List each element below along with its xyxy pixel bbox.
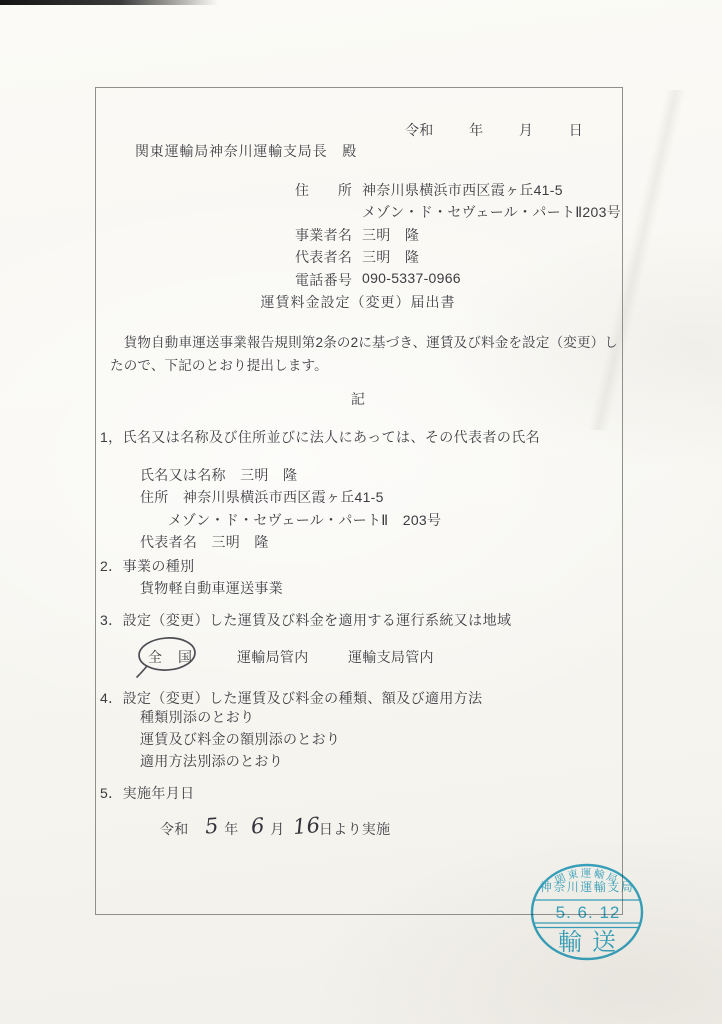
era-label: 令和 [405,120,434,140]
year-label: 年 [469,120,483,140]
selection-circle-national [134,633,200,679]
item1-name-line: 氏名又は名称 三明 隆 [140,464,441,486]
item4-heading: 4．設定（変更）した運賃及び料金の種類、額及び適用方法 [100,688,483,708]
item2-value: 貨物軽自動車運送事業 [140,578,283,598]
stamp-region-line2: 神奈川運輸支局 [540,879,635,894]
representative-name: 三明 隆 [362,247,419,269]
body-paragraph-line2: たので、下記のとおり提出します。 [110,354,328,374]
sender-address-row: 住 所 神奈川県横浜市西区霞ヶ丘41-5 [295,180,621,202]
option-branch-area: 運輸支局管内 [348,647,434,667]
address-label-blank [295,202,352,224]
scanner-edge-artifact [0,0,218,5]
scanned-document-page: 令和 年 月 日 関東運輸局神奈川運輸支局長 殿 住 所 神奈川県横浜市西区霞ヶ… [0,0,722,1024]
handwritten-month: 6 [250,815,265,837]
document-title: 運賃料金設定（変更）届出書 [95,292,621,312]
item4-line1: 種類別添のとおり [140,707,254,727]
handwritten-day: 16 [292,815,321,838]
sender-address-row2: メゾン・ド・セヴェール・パートⅡ203号 [295,202,621,224]
item3-heading: 3．設定（変更）した運賃及び料金を適用する運行系統又は地域 [100,610,511,630]
item4-line2: 運賃及び料金の額別添のとおり [140,729,340,749]
item5-heading: 5．実施年月日 [100,783,195,803]
sender-operator-row: 事業者名 三明 隆 [295,225,621,247]
sender-block: 住 所 神奈川県横浜市西区霞ヶ丘41-5 メゾン・ド・セヴェール・パートⅡ203… [295,180,621,292]
note-mark: 記 [95,389,621,409]
item2-heading: 2．事業の種別 [100,556,195,576]
address-value-line1: 神奈川県横浜市西区霞ヶ丘41-5 [362,180,563,202]
body-paragraph-line1: 貨物自動車運送事業報告規則第2条の2に基づき、運賃及び料金を設定（変更）し [110,331,618,351]
item4-line3: 適用方法別添のとおり [140,751,283,771]
representative-label: 代表者名 [295,247,352,269]
sender-representative-row: 代表者名 三明 隆 [295,247,621,269]
implementation-date-line: 令和 5 年 6 月 16 日より実施 [160,817,390,839]
item5-month-label: 月 [270,819,284,839]
transport-bureau-stamp: 関東運輸局 神奈川運輸支局 5. 6. 12 輸送 [525,860,649,964]
address-value-line2: メゾン・ド・セヴェール・パートⅡ203号 [362,202,621,224]
item1-representative-line: 代表者名 三明 隆 [140,531,441,553]
stamp-date: 5. 6. 12 [556,903,621,922]
stamp-office: 輸送 [558,929,626,956]
sender-phone-row: 電話番号 090-5337-0966 [295,270,621,292]
option-bureau-area: 運輸局管内 [237,647,309,667]
recipient-line: 関東運輸局神奈川運輸支局長 殿 [135,141,357,161]
phone-number: 090-5337-0966 [362,270,461,292]
phone-label: 電話番号 [295,270,352,292]
item5-suffix: 日より実施 [319,819,391,839]
day-label: 日 [569,120,583,140]
item1-address-line2: メゾン・ド・セヴェール・パートⅡ 203号 [140,509,441,531]
item5-era: 令和 [160,819,189,839]
item1-address-line1: 住所 神奈川県横浜市西区霞ヶ丘41-5 [140,486,441,508]
item1-details: 氏名又は名称 三明 隆 住所 神奈川県横浜市西区霞ヶ丘41-5 メゾン・ド・セヴ… [140,464,441,554]
address-label: 住 所 [295,180,352,202]
month-label: 月 [519,120,533,140]
item5-year-label: 年 [224,819,238,839]
operator-name: 三明 隆 [362,225,419,247]
handwritten-year: 5 [204,815,219,837]
item1-heading: 1，氏名又は名称及び住所並びに法人にあっては、その代表者の氏名 [100,427,540,447]
header-date-line: 令和 年 月 日 [405,120,583,140]
operator-label: 事業者名 [295,225,352,247]
